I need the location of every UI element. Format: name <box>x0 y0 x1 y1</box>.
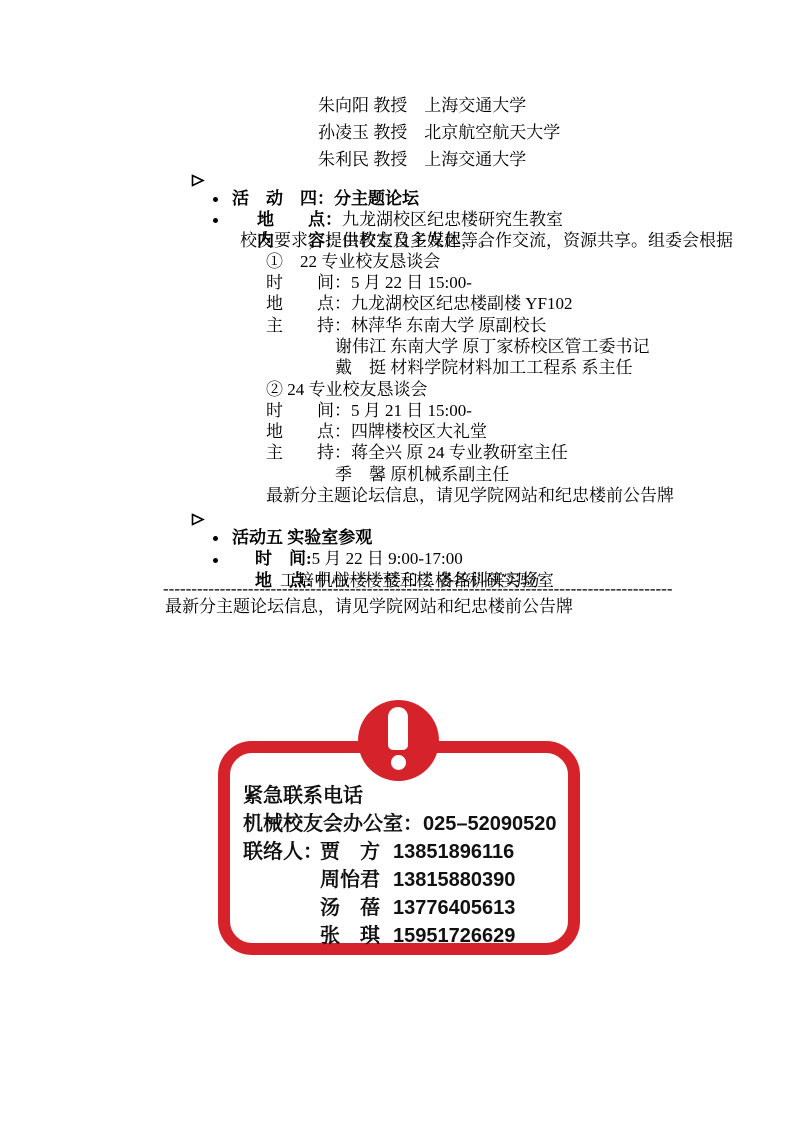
session-1-time: 时 间：5 月 22 日 15:00- <box>0 272 472 293</box>
session-2-time: 时 间：5 月 21 日 15:00- <box>0 400 472 421</box>
dot-bullet-icon <box>213 558 218 563</box>
location-line: 地 点：九龙湖校区纪忠楼研究生教室 <box>0 188 563 209</box>
document-page: 朱向阳 教授 上海交通大学 孙凌玉 教授 北京航空航天大学 朱利民 教授 上海交… <box>0 0 800 1131</box>
session-2-place: 地 点：四牌楼校区大礼堂 <box>0 421 487 442</box>
exclamation-bar <box>388 707 408 750</box>
footer-notice: 最新分主题论坛信息，请见学院网站和纪忠楼前公告牌 <box>165 596 573 618</box>
card-title: 紧急联系电话 <box>243 782 573 810</box>
activity-5-place: 地 点: 机械楼一楼和二楼各科研实验室 <box>0 549 554 570</box>
office-phone-line: 机械校友会办公室：025–52090520 <box>243 810 573 838</box>
content-wrap-line: 校友要求，提供教室及多媒体等。 <box>0 230 495 251</box>
session-2-host: 主 持：蒋全兴 原 24 专业教研室主任 <box>0 442 568 463</box>
session-2-host-2: 季 馨 原机械系副主任 <box>0 464 509 485</box>
session-1-host-3: 戴 挺 材料学院材料加工工程系 系主任 <box>0 357 633 378</box>
dot-bullet-icon <box>213 536 218 541</box>
session-1-host: 主 持：林萍华 东南大学 原副校长 <box>0 315 547 336</box>
arrow-bullet-icon <box>191 171 205 184</box>
content-line: 内 容：由校友自主发起，合作交流，资源共享。组委会根据 <box>0 209 733 230</box>
contact-row: 周怡君13815880390 <box>243 866 573 894</box>
dot-bullet-icon <box>213 197 218 202</box>
session-1-place: 地 点：九龙湖校区纪忠楼副楼 YF102 <box>0 293 572 314</box>
exclamation-icon <box>358 700 439 781</box>
session-1-title: ① 22 专业校友恳谈会 <box>0 251 440 272</box>
activity-4-heading: 活 动 四：分主题论坛 <box>0 167 419 188</box>
activity-5-time: 时 间:5 月 22 日 9:00-17:00 <box>0 527 463 548</box>
activity-5-heading: 活动五 实验室参观 <box>0 506 372 527</box>
emergency-card-body: 紧急联系电话 机械校友会办公室：025–52090520 联络人：贾 方1385… <box>243 782 573 950</box>
contact-row: 张 琪15951726629 <box>243 922 573 950</box>
arrow-bullet-icon <box>191 510 205 523</box>
session-2-title: ② 24 专业校友恳谈会 <box>0 379 428 400</box>
exclamation-dot <box>391 755 406 770</box>
session-1-host-2: 谢伟江 东南大学 原丁家桥校区管工委书记 <box>0 336 650 357</box>
dot-bullet-icon <box>213 218 218 223</box>
contact-row: 汤 蓓13776405613 <box>243 894 573 922</box>
professor-line: 孙凌玉 教授 北京航空航天大学 <box>0 122 560 143</box>
contact-row: 联络人：贾 方13851896116 <box>243 838 573 866</box>
forum-info-note: 最新分主题论坛信息，请见学院网站和纪忠楼前公告牌 <box>0 485 674 506</box>
professor-line: 朱向阳 教授 上海交通大学 <box>0 95 526 116</box>
